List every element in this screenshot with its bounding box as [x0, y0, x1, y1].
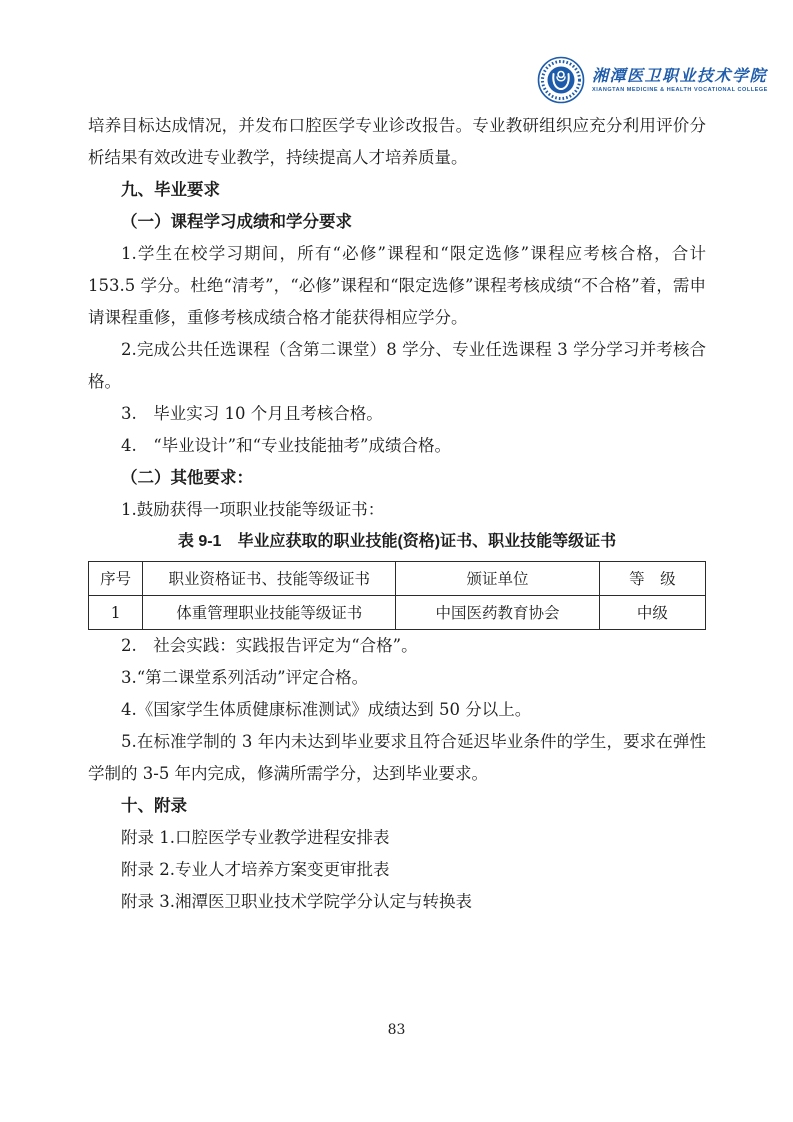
requirement-item-1: 1.学生在校学习期间，所有“必修”课程和“限定选修”课程应考核合格，合计 153…	[88, 238, 706, 334]
cell-level: 中级	[599, 596, 705, 630]
college-logo: 湘潭医卫职业技术学院 XIANGTAN MEDICINE & HEALTH VO…	[537, 56, 768, 104]
appendix-item-3: 附录 3.湘潭医卫职业技术学院学分认定与转换表	[88, 886, 706, 918]
college-names: 湘潭医卫职业技术学院 XIANGTAN MEDICINE & HEALTH VO…	[592, 67, 768, 94]
cell-cert: 体重管理职业技能等级证书	[143, 596, 396, 630]
requirement-item-2: 2.完成公共任选课程（含第二课堂）8 学分、专业任选课程 3 学分学习并考核合格…	[88, 334, 706, 398]
document-page: 湘潭医卫职业技术学院 XIANGTAN MEDICINE & HEALTH VO…	[0, 0, 793, 1122]
other-requirement-item-2: 2. 社会实践：实践报告评定为“合格”。	[88, 630, 706, 662]
section-9-heading: 九、毕业要求	[88, 174, 706, 206]
college-emblem-icon	[537, 56, 585, 104]
header-cell-issuer: 颁证单位	[396, 562, 600, 596]
table-header-row: 序号 职业资格证书、技能等级证书 颁证单位 等 级	[89, 562, 706, 596]
cell-no: 1	[89, 596, 143, 630]
header-cell-no: 序号	[89, 562, 143, 596]
cell-issuer: 中国医药教育协会	[396, 596, 600, 630]
appendix-item-1: 附录 1.口腔医学专业教学进程安排表	[88, 822, 706, 854]
requirement-item-3: 3. 毕业实习 10 个月且考核合格。	[88, 398, 706, 430]
header-cell-level: 等 级	[599, 562, 705, 596]
table-9-1-caption: 表 9-1 毕业应获取的职业技能(资格)证书、职业技能等级证书	[88, 526, 706, 558]
document-body: 培养目标达成情况，并发布口腔医学专业诊改报告。专业教研组织应充分利用评价分析结果…	[88, 110, 706, 918]
appendix-item-2: 附录 2.专业人才培养方案变更审批表	[88, 854, 706, 886]
other-requirement-item-3: 3.“第二课堂系列活动”评定合格。	[88, 662, 706, 694]
college-name-zh: 湘潭医卫职业技术学院	[592, 67, 768, 85]
page-number: 83	[0, 1022, 793, 1038]
intro-paragraph: 培养目标达成情况，并发布口腔医学专业诊改报告。专业教研组织应充分利用评价分析结果…	[88, 110, 706, 174]
requirement-item-4: 4. “毕业设计”和“专业技能抽考”成绩合格。	[88, 430, 706, 462]
other-requirement-item-1: 1.鼓励获得一项职业技能等级证书：	[88, 494, 706, 526]
section-10-heading: 十、附录	[88, 790, 706, 822]
section-9-1-heading: （一）课程学习成绩和学分要求	[88, 206, 706, 238]
certificate-table: 序号 职业资格证书、技能等级证书 颁证单位 等 级 1 体重管理职业技能等级证书…	[88, 561, 706, 630]
header-cell-cert: 职业资格证书、技能等级证书	[143, 562, 396, 596]
other-requirement-item-4: 4.《国家学生体质健康标准测试》成绩达到 50 分以上。	[88, 694, 706, 726]
other-requirement-item-5: 5.在标准学制的 3 年内未达到毕业要求且符合延迟毕业条件的学生，要求在弹性学制…	[88, 726, 706, 790]
table-row: 1 体重管理职业技能等级证书 中国医药教育协会 中级	[89, 596, 706, 630]
college-name-en: XIANGTAN MEDICINE & HEALTH VOCATIONAL CO…	[592, 87, 768, 93]
section-9-2-heading: （二）其他要求：	[88, 462, 706, 494]
